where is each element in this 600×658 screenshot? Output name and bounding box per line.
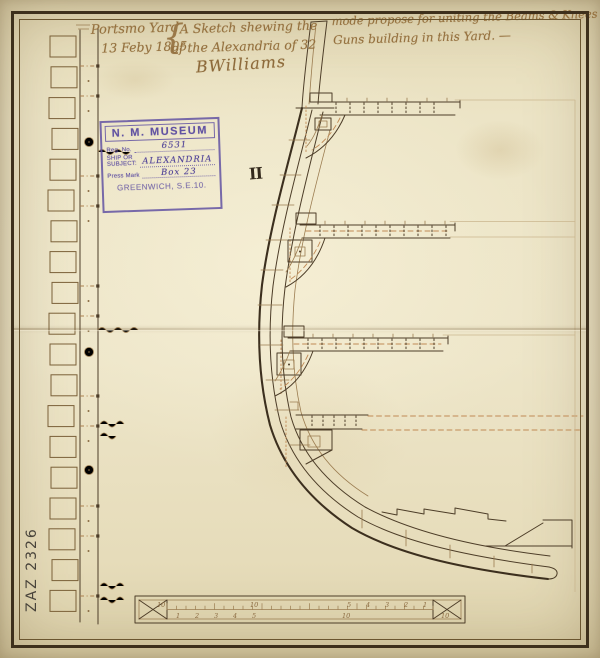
roman-numeral-annotation: II [248, 164, 262, 184]
strip-circle-dot [88, 469, 90, 471]
deck-beam-1 [306, 93, 575, 158]
svg-text:1: 1 [423, 601, 427, 609]
svg-text:3: 3 [385, 601, 389, 609]
deck-beam-2 [286, 213, 575, 287]
fold-crease [12, 328, 588, 330]
top-timber [296, 21, 334, 108]
strip-squiggle [100, 583, 124, 603]
svg-text:10: 10 [441, 612, 449, 620]
svg-text:10: 10 [157, 601, 165, 609]
svg-text:2: 2 [403, 601, 408, 609]
hull-ceiling-line [293, 130, 368, 496]
strip-top-note-marks [76, 25, 90, 29]
strip-circle-dot [88, 351, 90, 353]
strip-band-lines [80, 28, 98, 624]
svg-text:5: 5 [252, 612, 256, 620]
paper-sheet: 10 10 5 4 3 2 1 1 2 3 4 5 10 10 Portsmo … [0, 0, 600, 658]
stamp-ship-value: ALEXANDRIA [140, 155, 215, 168]
svg-text:2: 2 [194, 612, 199, 620]
stamp-reg-value: 6531 [134, 140, 214, 153]
svg-text:1: 1 [176, 612, 180, 620]
deck-beam-3 [275, 326, 575, 396]
scale-numbers: 10 10 5 4 3 2 1 1 2 3 4 5 10 10 [157, 601, 449, 620]
bilge-platform [382, 508, 572, 548]
svg-text:10: 10 [250, 601, 258, 609]
hull-section [258, 21, 572, 579]
scale-ticks [167, 604, 433, 610]
stamp-ship-label: SHIP ORSUBJECT: [107, 155, 137, 169]
stamp-press-label: Press Mark [107, 173, 140, 180]
stamp-reg-label: Reg. No. [106, 147, 131, 154]
catalog-number: ZAZ 2326 [24, 527, 40, 612]
svg-text:4: 4 [365, 601, 370, 609]
strip-beam-squares [48, 36, 78, 611]
scale-bar: 10 10 5 4 3 2 1 1 2 3 4 5 10 10 [135, 596, 465, 623]
svg-text:4: 4 [232, 612, 237, 620]
hanging-knee-1 [306, 115, 345, 158]
hull-outer-line [259, 108, 548, 579]
plan-strip [48, 25, 138, 624]
deck-beam-4 [290, 402, 583, 464]
stamp-ship-row: SHIP ORSUBJECT: ALEXANDRIA [107, 152, 215, 168]
stamp-press-row: Press Mark Box 23 [107, 167, 215, 181]
svg-text:3: 3 [214, 612, 218, 620]
svg-text:10: 10 [342, 612, 350, 620]
strip-circle-dot [88, 141, 90, 143]
museum-stamp: N. M. MUSEUM Reg. No. 6531 SHIP ORSUBJEC… [99, 117, 222, 213]
stamp-footer: GREENWICH, S.E.10. [104, 180, 220, 193]
hull-end-cap [548, 567, 557, 579]
strip-squiggle [100, 421, 124, 439]
stamp-museum-name: N. M. MUSEUM [105, 122, 215, 142]
stamp-press-value: Box 23 [142, 167, 215, 179]
svg-text:5: 5 [347, 601, 351, 609]
